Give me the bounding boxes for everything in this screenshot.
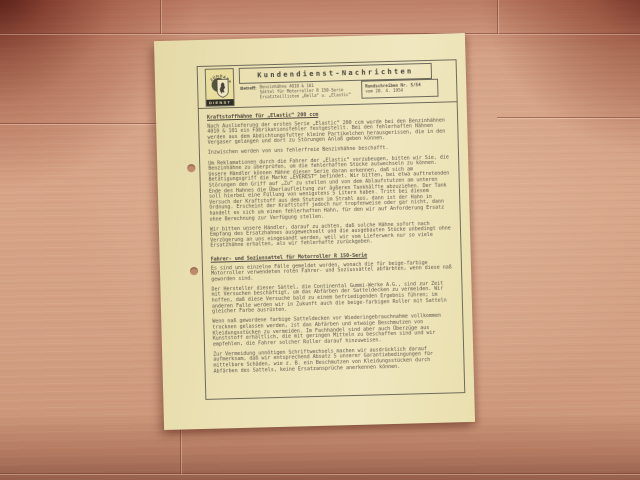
plank-seam [0,123,160,124]
paragraph: Es sind uns einzelne Fälle gemeldet word… [211,260,453,283]
subject-lines: Benzinhähne 4010 & 101 Sättel für Motorr… [260,83,352,100]
punch-hole-bottom [190,267,198,275]
plank-seam [497,0,498,34]
section-fuel-taps: Kraftstoffhähne für „Elastic“ 200 ccm Na… [207,109,452,249]
plank-seam [0,33,640,34]
subject-label: Betreff: [240,85,257,100]
section-saddles: Fahrer- und Soziussattel für Motorroller… [211,251,456,374]
document-page: ZÜNDAPP DIENST Kundendienst-Nachrichten … [154,33,475,430]
plank-seam [0,473,640,474]
logo-banner-text: DIENST [209,100,231,106]
subject-line: Ersatzteillisten „Bella“ u. „Elastic“ [260,93,351,100]
paragraph: Um Reklamationen durch die Fahrer der „E… [208,155,452,223]
circular-info-box: Rundschreiben Nr. 5/54 vom 20. 4. 1954 [361,79,438,99]
paragraph: Wenn naß gewordene farbige Satteldecken … [212,314,455,348]
plank-seam [497,117,640,118]
page-frame: ZÜNDAPP DIENST Kundendienst-Nachrichten … [197,59,466,400]
letter-body: Kraftstoffhähne für „Elastic“ 200 ccm Na… [199,102,464,375]
paragraph: Wir bitten unsere Händler, darauf zu ach… [210,221,453,250]
subject-block: Betreff: Benzinhähne 4010 & 101 Sättel f… [240,83,351,101]
plank-seam [180,425,181,474]
letterhead: ZÜNDAPP DIENST Kundendienst-Nachrichten … [198,60,457,109]
paragraph: Der Hersteller dieser Sättel, die Contin… [211,281,454,315]
plank-seam [160,0,161,34]
shield-globe-emblem-icon: ZÜNDAPP DIENST [206,69,234,106]
punch-hole-top [187,164,195,172]
paragraph: Zur Vermeidung unnötigen Schriftwechsels… [213,346,456,375]
masthead-title: Kundendienst-Nachrichten [257,67,414,79]
photo-scene: ZÜNDAPP DIENST Kundendienst-Nachrichten … [0,0,640,480]
circular-date: vom 20. 4. 1954 [365,87,434,94]
paragraph: Nach Auslieferung der ersten Serie „Elas… [207,118,450,147]
brand-logo: ZÜNDAPP DIENST [205,68,235,107]
